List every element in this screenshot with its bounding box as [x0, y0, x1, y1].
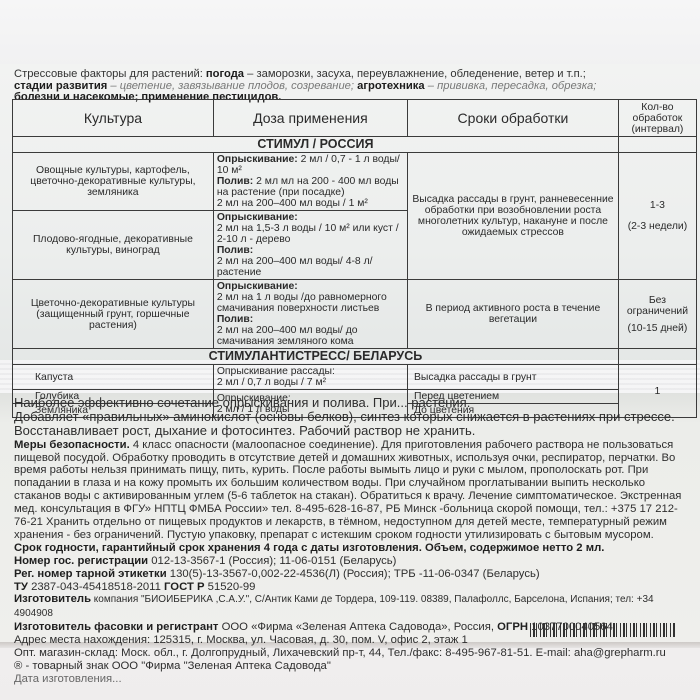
maker-value: компания "БИОИБЕРИКА ,С.А.У.", С/Антик К… [14, 594, 654, 619]
header-count: Кол-во обработок (интервал) [618, 100, 696, 137]
shelf-life: Срок годности, гарантийный срок хранения… [14, 542, 690, 555]
safety-label: Меры безопасности. [14, 439, 130, 451]
warehouse: Опт. магазин-склад: Моск. обл., г. Долго… [14, 647, 690, 660]
count-interval: (10-15 дней) [622, 323, 693, 334]
gost-value: 51520-99 [205, 581, 256, 593]
trademark: ® - товарный знак ООО "Фирма "Зеленая Ап… [14, 660, 690, 673]
intro-text: Стрессовые факторы для растений: [14, 68, 206, 80]
tu-value: 2387-043-45418518-2011 [28, 581, 164, 593]
table-row: Капуста Опрыскивание рассады: 2 мл / 0,7… [13, 365, 697, 390]
dose-cell: Опрыскивание: 2 мл на 1 л воды /до равно… [213, 280, 407, 349]
dose-cell: Опрыскивание: 2 мл / 0,7 - 1 л воды/ 10 … [213, 153, 407, 211]
ogrn-label: ОГРН [497, 621, 528, 633]
header-terms: Сроки обработки [407, 100, 618, 137]
lead-line: Наиболее эффективно сочетание опрыскиван… [14, 396, 690, 410]
header-culture: Культура [13, 100, 214, 137]
tare-number: Рег. номер тарной этикетки 130(5)-13-356… [14, 568, 690, 581]
dose-label: Полив: [217, 314, 253, 325]
reg-value: 012-13-3567-1 (Россия); 11-06-0151 (Бела… [148, 555, 396, 567]
gost-label: ГОСТ Р [164, 581, 205, 593]
dose-label: Опрыскивание рассады: [217, 366, 404, 377]
count-cell: Без ограничений (10-15 дней) [618, 280, 696, 349]
terms-cell: Высадка рассады в грунт [407, 365, 618, 390]
dose-label: Опрыскивание: [217, 212, 298, 223]
tare-label: Рег. номер тарной этикетки [14, 568, 167, 580]
dose-label: Опрыскивание: [217, 154, 298, 165]
barcode-icon [530, 623, 676, 637]
empty-cell [618, 137, 696, 153]
packer-label: Изготовитель фасовки и регистрант [14, 621, 218, 633]
intro-bold: погода [206, 68, 244, 80]
dose-text: 2 мл на 1,5-3 л воды / 10 м² или куст / … [217, 223, 399, 245]
instructions-text: Наиболее эффективно сочетание опрыскиван… [14, 396, 690, 686]
maker-label: Изготовитель [14, 593, 91, 605]
dosage-table: Культура Доза применения Сроки обработки… [12, 99, 697, 418]
background-top [0, 0, 700, 66]
registration-number: Номер гос. регистрации 012-13-3567-1 (Ро… [14, 555, 690, 568]
manufacturer: Изготовитель компания "БИОИБЕРИКА ,С.А.У… [14, 593, 690, 621]
count-cell: 1-3 (2-3 недели) [618, 153, 696, 280]
dose-cell: Опрыскивание: 2 мл на 1,5-3 л воды / 10 … [213, 211, 407, 280]
reg-label: Номер гос. регистрации [14, 555, 148, 567]
table-row: Цветочно-декоративные культуры (защищенн… [13, 280, 697, 349]
tu-gost: ТУ 2387-043-45418518-2011 ГОСТ Р 51520-9… [14, 581, 690, 594]
terms-cell: В период активного роста в течение вегет… [407, 280, 618, 349]
dose-label: Полив: [217, 245, 253, 256]
dose-text: 2 мл на 200–400 мл воды/ до смачивания з… [217, 325, 358, 347]
culture-cell: Капуста [13, 365, 214, 390]
dose-cell: Опрыскивание рассады: 2 мл / 0,7 л воды … [213, 365, 407, 390]
count-interval: (2-3 недели) [622, 221, 693, 232]
intro-text: – заморозки, засуха, переувлажнение, обл… [244, 68, 586, 80]
culture-cell: Плодово-ягодные, декоративные культуры, … [13, 211, 214, 280]
packer-value: ООО «Фирма «Зеленая Аптека Садовода», Ро… [218, 621, 497, 633]
section-row-belarus: СТИМУЛАНТИСТРЕСС/ БЕЛАРУСЬ [13, 349, 697, 365]
intro-italic: – прививка, пересадка, обрезка; [425, 80, 597, 92]
intro-bold: агротехника [357, 80, 425, 92]
dose-label: Опрыскивание: [217, 281, 298, 292]
terms-cell: Высадка рассады в грунт, ранневесенние о… [407, 153, 618, 280]
section-title-belarus: СТИМУЛАНТИСТРЕСС/ БЕЛАРУСЬ [13, 349, 619, 365]
dose-text: 2 мл на 200–400 мл воды / 1 м² [217, 198, 368, 209]
empty-cell [618, 349, 696, 365]
tare-value: 130(5)-13-3567-0,002-22-4536(Л) (Россия)… [167, 568, 540, 580]
culture-cell: Цветочно-декоративные культуры (защищенн… [13, 280, 214, 349]
culture-cell: Овощные культуры, картофель, цветочно-де… [13, 153, 214, 211]
dose-text: 2 мл на 1 л воды /до равномерного смачив… [217, 292, 387, 314]
header-dose: Доза применения [213, 100, 407, 137]
dose-text: 2 мл на 200–400 мл воды/ 4-8 л/ растение [217, 256, 373, 278]
lead-line: Добавляет «правильных» аминокислот (осно… [14, 410, 690, 424]
tu-label: ТУ [14, 581, 28, 593]
count-value: Без ограничений [622, 295, 693, 317]
safety-text: 4 класс опасности (малоопасное соединени… [14, 439, 681, 541]
count-value: 1-3 [622, 200, 693, 211]
dose-text: 2 мл / 0,7 л воды / 7 м² [217, 377, 404, 388]
lead-line: Восстанавливает рост, дыхание и фотосинт… [14, 424, 690, 438]
table-row: Овощные культуры, картофель, цветочно-де… [13, 153, 697, 211]
section-row-russia: СТИМУЛ / РОССИЯ [13, 137, 697, 153]
intro-italic: – цветение, завязывание плодов, созреван… [107, 80, 357, 92]
table-header-row: Культура Доза применения Сроки обработки… [13, 100, 697, 137]
manufacture-date: Дата изготовления... [14, 673, 690, 686]
safety-paragraph: Меры безопасности. 4 класс опасности (ма… [14, 439, 690, 542]
dose-label: Полив: [217, 176, 253, 187]
intro-bold: стадии развития [14, 80, 107, 92]
section-title-russia: СТИМУЛ / РОССИЯ [13, 137, 619, 153]
shelf-life-text: Срок годности, гарантийный срок хранения… [14, 542, 604, 554]
